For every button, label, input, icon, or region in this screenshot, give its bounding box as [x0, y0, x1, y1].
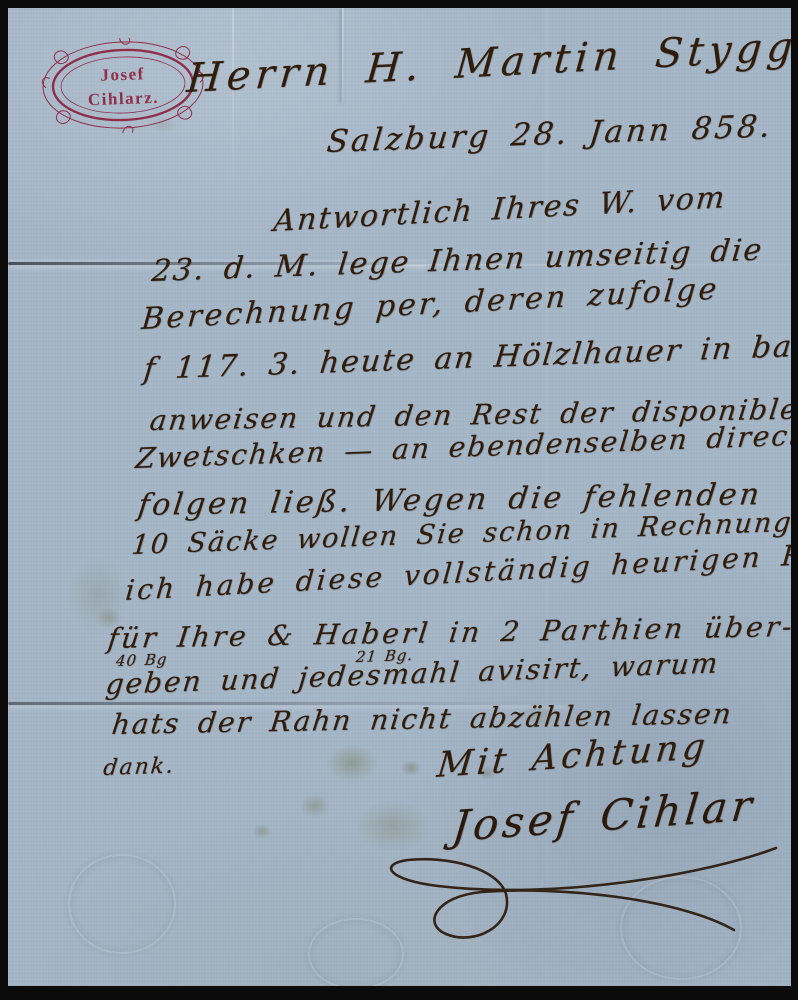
stamp-name-line2: Cihlarz.	[88, 88, 160, 109]
weight-annotation: 21 Bg.	[355, 646, 414, 666]
handwriting-line: f 117. 3. heute an Hölzlhauer in baar	[142, 328, 791, 387]
recipient-line: Herrn H. Martin Styggen	[185, 21, 791, 102]
sender-stamp: Josef Cihlarz.	[36, 35, 209, 136]
letter-paper: Josef Cihlarz. Herrn H. Martin Styggen S…	[8, 8, 791, 986]
handwriting-line: Antwortlich Ihres W. vom	[272, 180, 728, 239]
closing-salutation: Mit Achtung	[435, 727, 711, 786]
stain	[326, 744, 378, 782]
scan-black-border: Josef Cihlarz. Herrn H. Martin Styggen S…	[0, 0, 798, 1000]
stain	[400, 760, 422, 776]
embossed-ring	[68, 854, 176, 954]
stamp-name-line1: Josef	[100, 64, 145, 85]
dateline: Salzburg 28. Jann 858.	[325, 108, 775, 160]
handwriting-line: dank.	[102, 753, 176, 781]
signature-flourish	[378, 834, 778, 964]
weight-annotation: 40 Bg	[115, 650, 168, 670]
stain	[252, 824, 272, 839]
stain	[300, 794, 330, 818]
